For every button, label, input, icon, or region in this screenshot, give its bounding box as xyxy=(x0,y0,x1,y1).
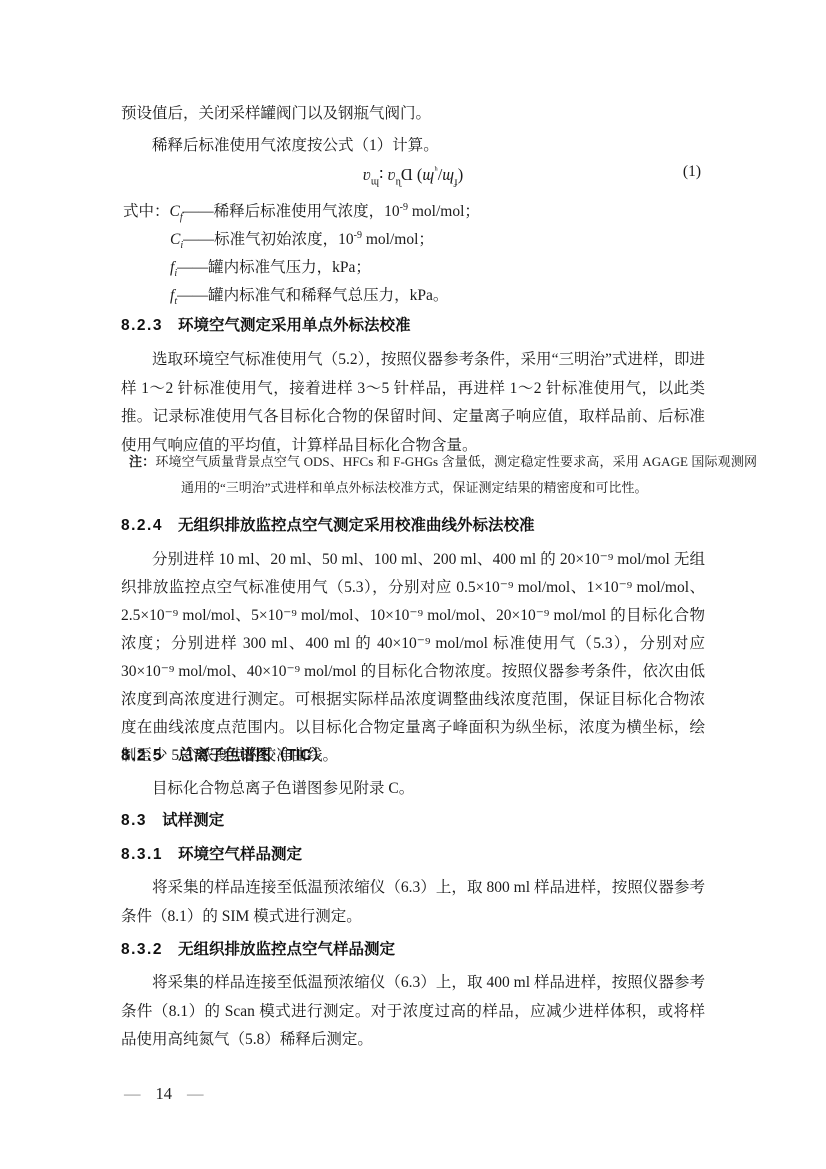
definition-line-ft: ft——罐内标准气和稀释气总压力，kPa。 xyxy=(123,282,705,310)
symbol-cf: C xyxy=(170,203,180,220)
paragraph-8-2-5: 目标化合物总离子色谱图参见附录 C。 xyxy=(121,775,705,804)
where-label: 式中： xyxy=(123,203,170,220)
section-heading-8-2-3: 8.2.3环境空气测定采用单点外标法校准 xyxy=(121,314,705,338)
section-title-8-3: 试样测定 xyxy=(162,812,224,829)
equation-number: (1) xyxy=(683,163,701,181)
equation-1-body: ʋɰ∶ ʋɳⱭ (ɰʰ/ɰɟ) xyxy=(363,165,463,185)
formula-lhs: ʋ xyxy=(363,165,371,184)
symbol-ci: C xyxy=(170,231,180,248)
section-title-8-2-3: 环境空气测定采用单点外标法校准 xyxy=(178,317,411,334)
definition-text-ci: 标准气初始浓度，10 xyxy=(214,231,354,248)
section-number-8-3-2: 8.3.2 xyxy=(121,941,163,958)
definition-text-ft: 罐内标准气和稀释气总压力，kPa。 xyxy=(208,287,448,304)
definition-line-cf: 式中：Cf——稀释后标准使用气浓度，10-9 mol/mol； xyxy=(123,198,705,226)
section-number-8-2-4: 8.2.4 xyxy=(121,517,163,534)
section-heading-8-2-4: 8.2.4无组织排放监控点空气测定采用校准曲线外标法校准 xyxy=(121,514,705,538)
definition-tail-cf: mol/mol； xyxy=(408,203,480,220)
intro-paragraph-line1: 预设值后，关闭采样罐阀门以及钢瓶气阀门。 xyxy=(121,100,705,129)
paragraph-8-3-1: 将采集的样品连接至低温预浓缩仪（6.3）上，取 800 ml 样品进样，按照仪器… xyxy=(121,874,705,931)
footer-dash-right: — xyxy=(187,1084,204,1104)
formula-lhs-subscript: ɰ xyxy=(371,176,379,187)
paragraph-8-3-2: 将采集的样品连接至低温预浓缩仪（6.3）上，取 400 ml 样品进样，按照仪器… xyxy=(121,969,705,1055)
intro-paragraph-line2: 稀释后标准使用气浓度按公式（1）计算。 xyxy=(121,132,705,161)
paragraph-8-2-4: 分别进样 10 ml、20 ml、50 ml、100 ml、200 ml、400… xyxy=(121,546,705,770)
note-label: 注： xyxy=(129,454,155,469)
definition-line-fi: fi——罐内标准气压力，kPa； xyxy=(123,254,705,282)
formula-close-paren: ) xyxy=(458,165,464,184)
page-footer: — 14 — xyxy=(124,1084,204,1104)
note-paragraph: 注：环境空气质量背景点空气 ODS、HFCs 和 F-GHGs 含量低，测定稳定… xyxy=(129,449,757,500)
definition-dash: —— xyxy=(183,203,214,220)
footer-dash-left: — xyxy=(124,1084,141,1104)
document-page: 预设值后，关闭采样罐阀门以及钢瓶气阀门。 稀释后标准使用气浓度按公式（1）计算。… xyxy=(0,0,826,1169)
definition-text-cf: 稀释后标准使用气浓度，10 xyxy=(214,203,400,220)
section-number-8-2-3: 8.2.3 xyxy=(121,317,163,334)
definition-dash: —— xyxy=(183,231,214,248)
section-heading-8-3-1: 8.3.1环境空气样品测定 xyxy=(121,843,705,867)
formula-denominator: ɰ xyxy=(442,165,454,184)
formula-operator: Ɑ xyxy=(401,165,413,184)
equation-1-row: ʋɰ∶ ʋɳⱭ (ɰʰ/ɰɟ) (1) xyxy=(121,158,705,192)
section-title-8-2-4: 无组织排放监控点空气测定采用校准曲线外标法校准 xyxy=(178,517,535,534)
formula-rhs: ʋ xyxy=(387,165,395,184)
section-number-8-2-5: 8.2.5 xyxy=(121,747,163,764)
section-number-8-3: 8.3 xyxy=(121,812,147,829)
section-title-8-3-1: 环境空气样品测定 xyxy=(178,846,302,863)
section-heading-8-3: 8.3试样测定 xyxy=(121,809,705,833)
formula-definitions: 式中：Cf——稀释后标准使用气浓度，10-9 mol/mol； Ci——标准气初… xyxy=(123,198,705,310)
section-title-8-3-2: 无组织排放监控点空气样品测定 xyxy=(178,941,395,958)
definition-tail-ci: mol/mol； xyxy=(362,231,434,248)
definition-exponent-ci: -9 xyxy=(354,230,362,241)
paragraph-8-2-3: 选取环境空气标准使用气（5.2），按照仪器参考条件，采用“三明治”式进样，即进样… xyxy=(121,346,705,460)
section-heading-8-2-5: 8.2.5总离子色谱图（TIC） xyxy=(121,744,705,768)
page-number: 14 xyxy=(156,1084,173,1104)
definition-exponent-cf: -9 xyxy=(400,202,408,213)
section-heading-8-3-2: 8.3.2无组织排放监控点空气样品测定 xyxy=(121,938,705,962)
section-title-8-2-5: 总离子色谱图（TIC） xyxy=(178,747,327,764)
definition-dash: —— xyxy=(177,287,208,304)
definition-dash: —— xyxy=(177,259,208,276)
note-text: 环境空气质量背景点空气 ODS、HFCs 和 F-GHGs 含量低，测定稳定性要… xyxy=(155,454,757,495)
definition-line-ci: Ci——标准气初始浓度，10-9 mol/mol； xyxy=(123,226,705,254)
formula-numerator: ɰ xyxy=(422,165,434,184)
section-number-8-3-1: 8.3.1 xyxy=(121,846,163,863)
definition-text-fi: 罐内标准气压力，kPa； xyxy=(208,259,371,276)
